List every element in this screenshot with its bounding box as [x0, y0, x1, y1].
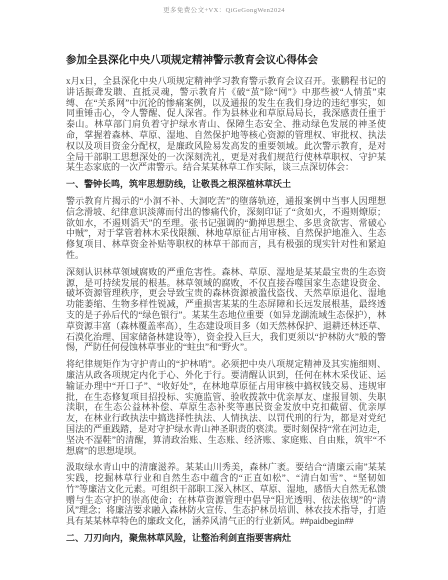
section-heading: 二、刀刃向内，聚焦林草风险，让整治利剑直指要害病灶: [66, 533, 386, 544]
document-page: 更多免费公文+VX：QiGeGongWen2024 参加全县深化中央八项规定精神…: [0, 0, 448, 580]
body-paragraph: x月x日，全县深化中央八项规定精神学习教育警示教育会议召开。张鹏程书记的讲话振聋…: [66, 76, 386, 173]
document-title: 参加全县深化中央八项规定精神警示教育会议心得体会: [66, 55, 386, 67]
body-paragraph: 将纪律规矩作为守护青山的“护林哨”。必须把中央八项规定精神及其实施细则、廉洁从政…: [66, 359, 386, 456]
body-paragraph: 汲取绿水青山中的清廉滋养。某某山川秀美，森林广袤。要结合“清廉云南”某某实践，挖…: [66, 462, 386, 527]
body-paragraph: 深刻认识林草领域腐败的严重危害性。森林、草原、湿地是某某最宝贵的生态资源，是可持…: [66, 267, 386, 353]
body-paragraph: 警示教育片揭示的“小洞不补、大洞吃苦”的堕落轨迹，通报案例中当事人因理想信念滑坡…: [66, 196, 386, 261]
document-content: 参加全县深化中央八项规定精神警示教育会议心得体会 x月x日，全县深化中央八项规定…: [0, 14, 448, 544]
document-body: x月x日，全县深化中央八项规定精神学习教育警示教育会议召开。张鹏程书记的讲话振聋…: [66, 76, 386, 544]
section-heading: 一、警钟长鸣，筑牢思想防线，让敬畏之根深植林草沃土: [66, 179, 386, 190]
promo-watermark-text: 更多免费公文+VX：QiGeGongWen2024: [0, 0, 448, 14]
